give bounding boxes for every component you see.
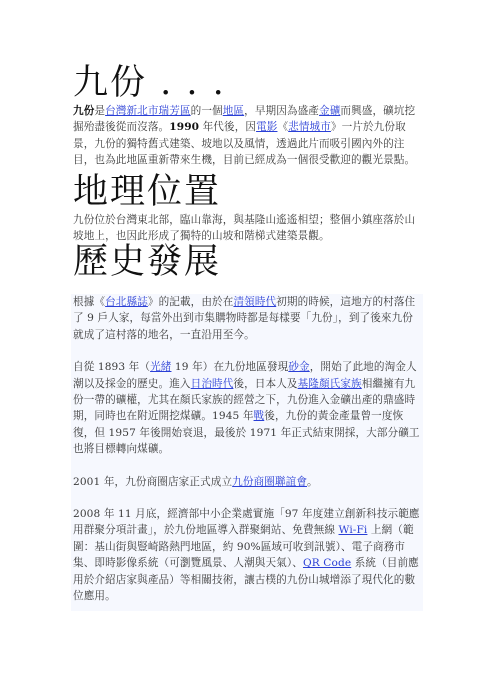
link-city-of-sadness[interactable]: 悲情城市 xyxy=(288,121,331,133)
text: 2001 年，九份商圈店家正式成立 xyxy=(73,476,232,488)
link-wifi[interactable]: Wi-Fi xyxy=(339,524,368,536)
text: 是 xyxy=(94,105,105,117)
link-taipei-county-gazette[interactable]: 台北縣誌 xyxy=(105,296,148,308)
history-paragraph-3: 2001 年，九份商圈店家正式成立九份商圈聯誼會。 xyxy=(73,474,423,490)
link-jiufen-business-association[interactable]: 九份商圈聯誼會 xyxy=(232,476,307,488)
link-japanese-rule[interactable]: 日治時代 xyxy=(191,378,234,390)
text: 《 xyxy=(277,121,288,133)
history-paragraph-2: 自從 1893 年（光緒 19 年）在九份地區發現砂金，開始了此地的淘金人潮以及… xyxy=(73,359,423,457)
link-qing-era[interactable]: 清領時代 xyxy=(233,296,276,308)
link-film[interactable]: 電影 xyxy=(256,121,277,133)
history-heading: 歷史發展 xyxy=(73,242,221,282)
text: 。 xyxy=(307,476,318,488)
link-region[interactable]: 地區 xyxy=(223,105,244,117)
link-taiwan-newtaipei-ruifang[interactable]: 台灣新北市瑞芳區 xyxy=(105,105,191,117)
link-qr-code[interactable]: QR Code xyxy=(303,557,351,569)
geography-paragraph: 九份位於台灣東北部，臨山靠海，與基隆山遙遙相望；整個小鎮座落於山坡地上，也因此形… xyxy=(73,212,423,245)
geography-heading: 地理位置 xyxy=(73,172,221,212)
text: ，早期因為盛產 xyxy=(244,105,319,117)
text: 19 年）在九份地區發現 xyxy=(171,361,288,373)
link-gold-mine[interactable]: 金礦 xyxy=(319,105,340,117)
link-war[interactable]: 戰 xyxy=(254,410,265,422)
intro-paragraph: 九份是台灣新北市瑞芳區的一個地區，早期因為盛產金礦而興盛，礦坑挖掘殆盡後從而沒落… xyxy=(73,103,423,169)
history-section: 根據《台北縣誌》的記載，由於在清領時代初期的時候，這地方的村落住了 9 戶人家，… xyxy=(71,294,423,611)
page-title: 九份 . . . xyxy=(73,63,226,103)
text: 》的記載，由於在 xyxy=(148,296,234,308)
link-keelung-yen-family[interactable]: 基隆顏氏家族 xyxy=(298,378,362,390)
history-paragraph-4: 2008 年 11 月底，經濟部中小企業處實施「97 年度建立創新科技示範應用群… xyxy=(73,506,423,604)
text: 後，日本人及 xyxy=(233,378,297,390)
text: 自從 1893 年（ xyxy=(73,361,150,373)
text: 年代後，因 xyxy=(199,121,256,133)
history-paragraph-1: 根據《台北縣誌》的記載，由於在清領時代初期的時候，這地方的村落住了 9 戶人家，… xyxy=(73,294,423,343)
link-placer-gold[interactable]: 砂金 xyxy=(288,361,309,373)
text: 根據《 xyxy=(73,296,105,308)
year-1990: 1990 xyxy=(169,121,199,133)
intro-bold-term: 九份 xyxy=(73,105,94,117)
link-guangxu[interactable]: 光緒 xyxy=(150,361,171,373)
text: 的一個 xyxy=(191,105,223,117)
